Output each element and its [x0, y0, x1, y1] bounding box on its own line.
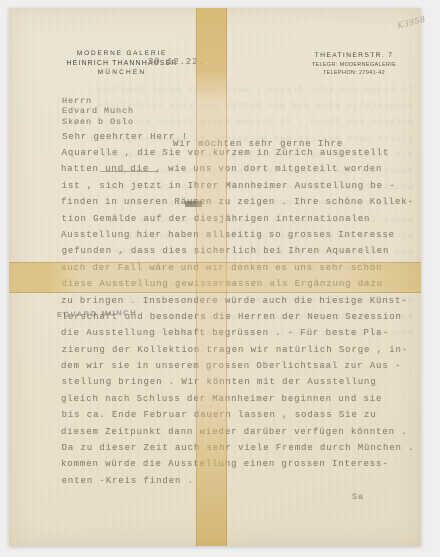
body-text-line: Aquarelle , die Sie vor kurzem in Zürich… [62, 148, 415, 164]
body-text-line: Ausstellung hier haben allseitig so gros… [61, 230, 414, 246]
body-text-line: diesem Zeitpunkt dann wieder darüber ver… [61, 427, 414, 443]
body-text-line: auch der Fall wäre und wir denken es uns… [61, 263, 414, 279]
letterhead-contact: THEATINERSTR. 7 TELEGR: MODERNEGALERIE T… [287, 52, 421, 76]
letterhead-gallery-name: MODERNE GALERIE [37, 50, 207, 57]
body-text-line: stellung bringen . Wir könnten mit der A… [62, 377, 415, 393]
letter-date: 30.12.22. [148, 57, 205, 67]
body-text-line: bis ca. Ende Februar dauern lassen , sod… [62, 410, 415, 426]
body-text-line: kommen würde die Ausstellung einen gross… [61, 459, 414, 475]
recipient-address: Herrn Edvard Munch Skøen b Oslo [62, 96, 134, 127]
body-text-line: diese Ausstellung gewissermassen als Erg… [62, 279, 415, 295]
body-text-line: dem wir sie in unserem grossen Oberlicht… [61, 361, 414, 377]
body-text-line: enten -Kreis finden . [62, 476, 415, 492]
body-text-line: Da zu dieser Zeit auch sehr viele Fremde… [62, 443, 415, 459]
page-mark: Sa [352, 492, 364, 502]
letterhead-street: THEATINERSTR. 7 [287, 52, 421, 59]
catalog-mark: K3958 [396, 15, 426, 31]
body-text-line: hatten und die , wie uns von dort mitget… [61, 164, 414, 180]
body-text-line: gefunden , dass dies sicherlich bei Ihre… [62, 246, 415, 262]
recipient-name: Edvard Munch [62, 106, 134, 116]
body-text-line: finden in unseren Räumen zu zeigen . Ihr… [61, 197, 414, 213]
body-text-line: gleich nach Schluss der Mannheimer begin… [61, 394, 414, 410]
body-text-line: ist , sich jetzt in Ihrer Mannheimer Aus… [62, 181, 415, 197]
body-text-line: die Ausstellung lebhaft begrüssen . - Fü… [61, 328, 414, 344]
recipient-salutation-line: Herrn [62, 96, 134, 106]
recipient-place: Skøen b Oslo [62, 117, 134, 127]
body-text-line: tion Gemälde auf der diesjährigen intern… [62, 214, 415, 230]
letterhead-city: MÜNCHEN [37, 69, 207, 76]
letter-paper: In Folge uns sehr freuen , wenn Ihres ne… [9, 8, 421, 546]
body-text-line: zierung der Kollektion tragen wir natürl… [62, 345, 415, 361]
letter-body: Aquarelle , die Sie vor kurzem in Zürich… [61, 148, 414, 492]
letterhead-telephone: TELEPHON: 27941-42 [287, 70, 421, 76]
salutation: Sehr geehrter Herr ! [62, 132, 188, 142]
underline-mark [100, 171, 158, 172]
overstrike-mark [185, 201, 202, 207]
letterhead-telegram: TELEGR: MODERNEGALERIE [287, 62, 421, 68]
